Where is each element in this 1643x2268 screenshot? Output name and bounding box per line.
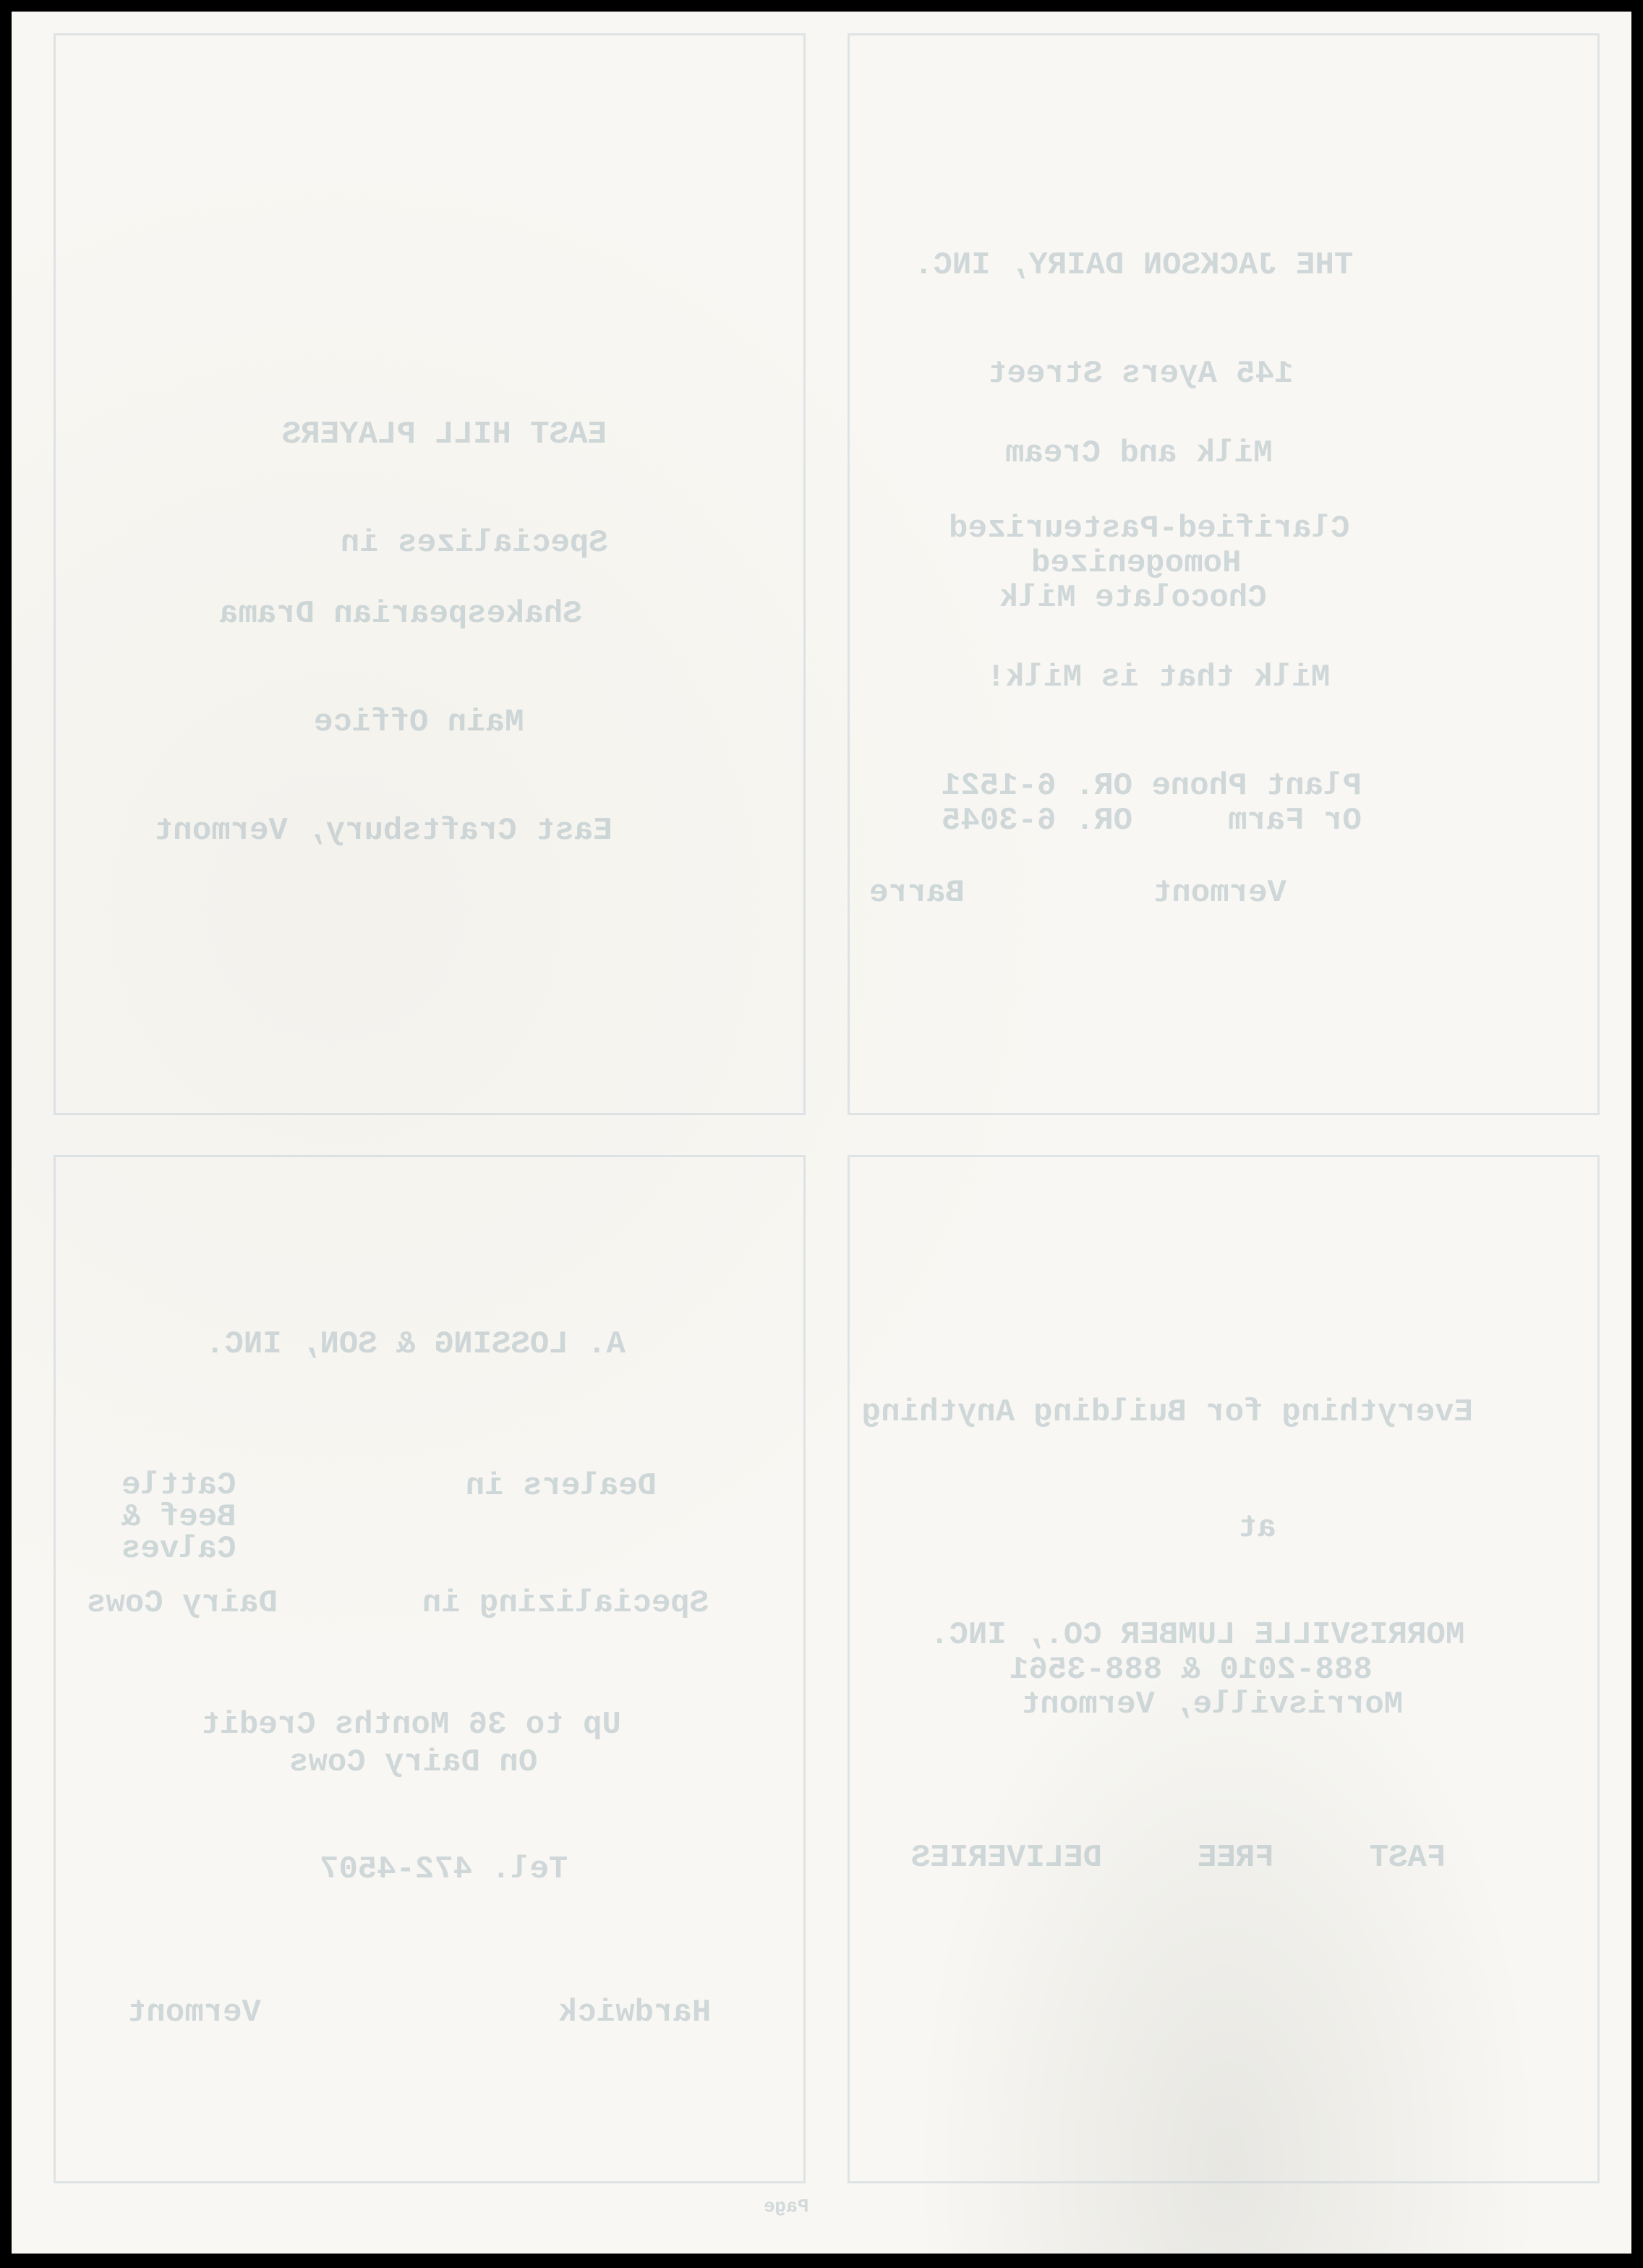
ad-state: Vermont xyxy=(127,1996,261,2029)
scanned-page: EAST HILL PLAYERS Specializes in Shakesp… xyxy=(12,12,1631,2254)
ad-location: East Craftsbury, Vermont xyxy=(154,814,613,848)
ad-text: Shakespearian Drama xyxy=(219,597,582,631)
ad-tagline: Everything for Building Anything xyxy=(862,1396,1473,1429)
ad-phone: Tel. 472-4507 xyxy=(320,1853,568,1886)
ad-company-name: A. LOSSING & SON, INC. xyxy=(205,1328,626,1361)
ad-text: Specializing in xyxy=(422,1587,709,1620)
ad-text: Cattle Beef & Calves xyxy=(121,1470,236,1565)
ad-company-name: EAST HILL PLAYERS xyxy=(282,418,607,451)
ad-delivery: FAST FREE DELIVERIES xyxy=(911,1841,1446,1875)
ad-company-name: THE JACKSON DAIRY, INC. xyxy=(914,249,1353,282)
ad-text: On Dairy Cows xyxy=(289,1746,537,1779)
ad-text: Homogenized xyxy=(1031,547,1241,580)
ad-city: Barre xyxy=(869,877,965,910)
ad-text: Dairy Cows xyxy=(87,1587,278,1620)
ad-location: Morrisville, Vermont xyxy=(1021,1688,1403,1721)
ad-state: Vermont xyxy=(1153,877,1286,910)
ad-slogan: Milk that is Milk! xyxy=(986,661,1330,694)
ad-address: 145 Ayers Street xyxy=(988,357,1293,391)
ad-phone: 888-2010 & 888-3561 xyxy=(1010,1653,1373,1687)
ad-panel-east-hill-players xyxy=(54,33,806,1115)
ad-text: Main Office xyxy=(314,706,524,739)
ad-text: Dealers in xyxy=(466,1470,657,1503)
ad-phone: Plant Phone OR. 6-1521 xyxy=(942,769,1362,803)
ad-text: Chocolate Milk xyxy=(999,581,1267,615)
ad-text: Specializes in xyxy=(341,526,608,560)
ad-text: Clarified-Pasteurized xyxy=(949,512,1350,545)
ad-phone: Or Farm OR. 6-3045 xyxy=(942,804,1362,837)
ad-text: at xyxy=(1238,1512,1276,1545)
ad-city: Hardwick xyxy=(558,1996,711,2029)
ad-company-name: MORRISVILLE LUMBER CO., INC. xyxy=(930,1619,1464,1652)
page-footer: Page xyxy=(764,2196,808,2217)
ad-text: Up to 36 Months Credit xyxy=(201,1708,621,1741)
ad-text: Milk and Cream xyxy=(1005,437,1273,470)
